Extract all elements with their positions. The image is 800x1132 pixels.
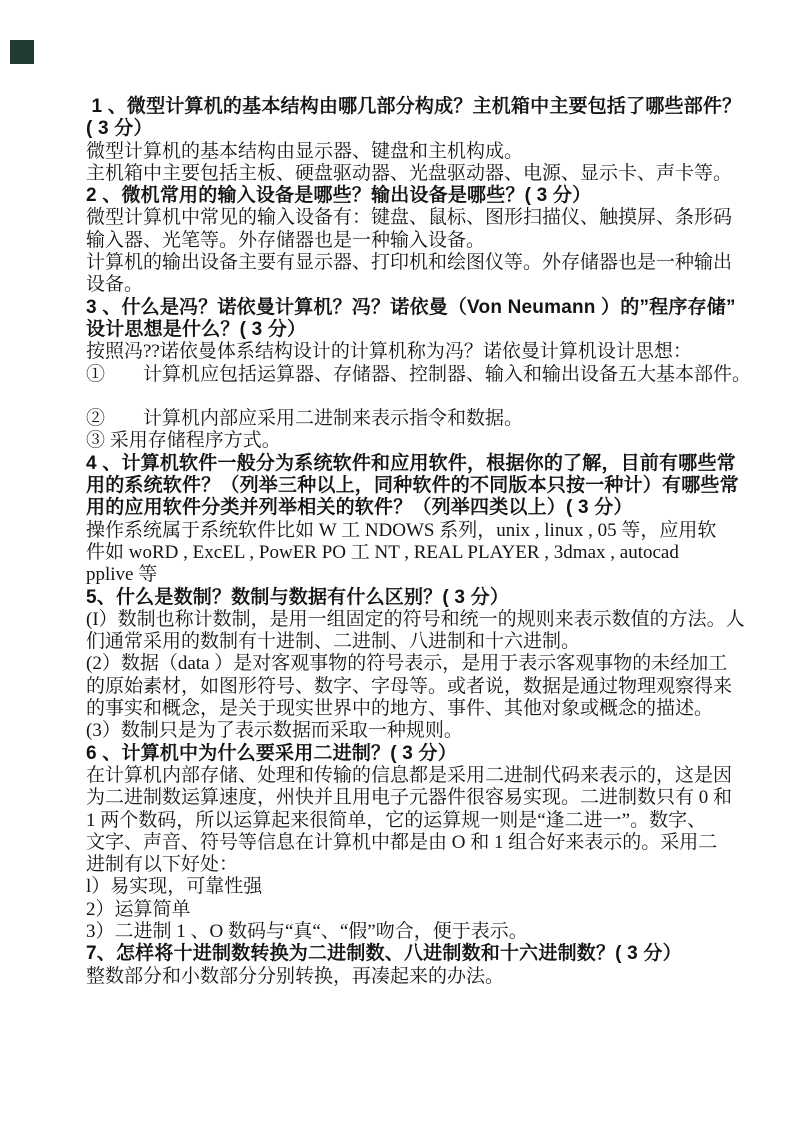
answer-line: 整数部分和小数部分分别转换，再凑起来的办法。 bbox=[86, 966, 754, 988]
question-line: 2 、微机常用的输入设备是哪些？输出设备是哪些？( 3 分） bbox=[86, 185, 754, 207]
answer-line: (I）数制也称计数制，是用一组固定的符号和统一的规则来表示数值的方法。人 bbox=[86, 609, 754, 631]
answer-line: 2）运算简单 bbox=[86, 899, 754, 921]
answer-line: 1 两个数码，所以运算起来很简单，它的运算规一则是“逢二进一”。数字、 bbox=[86, 810, 754, 832]
question-line: 4 、计算机软件一般分为系统软件和应用软件，根据你的了解，目前有哪些常 bbox=[86, 453, 754, 475]
question-line: 设计思想是什么？( 3 分） bbox=[86, 319, 754, 341]
answer-line: ① 计算机应包括运算器、存储器、控制器、输入和输出设备五大基本部件。 bbox=[86, 364, 754, 386]
answer-line: 操作系统属于系统软件比如 W 工 NDOWS 系列，unix , linux ,… bbox=[86, 520, 754, 542]
answer-line: 计算机的输出设备主要有显示器、打印机和绘图仪等。外存储器也是一种输出 bbox=[86, 252, 754, 274]
question-line: 6 、计算机中为什么要采用二进制？( 3 分） bbox=[86, 743, 754, 765]
question-line: 3 、什么是冯？诺依曼计算机？冯？诺依曼（Von Neumann ）的”程序存储… bbox=[86, 297, 754, 319]
answer-line: 输入器、光笔等。外存储器也是一种输入设备。 bbox=[86, 230, 754, 252]
answer-line: 为二进制数运算速度，州快并且用电子元器件很容易实现。二进制数只有 0 和 bbox=[86, 787, 754, 809]
question-line: 7、怎样将十进制数转换为二进制数、八进制数和十六进制数？( 3 分） bbox=[86, 943, 754, 965]
answer-line: ② 计算机内部应采用二进制来表示指令和数据。 bbox=[86, 408, 754, 430]
answer-line bbox=[86, 386, 754, 408]
question-line: 用的应用软件分类并列举相关的软件？（列举四类以上）( 3 分） bbox=[86, 497, 754, 519]
answer-line: 主机箱中主要包括主板、硬盘驱动器、光盘驱动器、电源、显示卡、声卡等。 bbox=[86, 163, 754, 185]
page-corner-mark bbox=[10, 40, 34, 64]
answer-line: 微型计算机中常见的输入设备有：键盘、鼠标、图形扫描仪、触摸屏、条形码 bbox=[86, 207, 754, 229]
answer-line: 在计算机内部存储、处理和传输的信息都是采用二进制代码来表示的，这是因 bbox=[86, 765, 754, 787]
answer-line: ③ 采用存储程序方式。 bbox=[86, 430, 754, 452]
answer-line: 微型计算机的基本结构由显示器、键盘和主机构成。 bbox=[86, 141, 754, 163]
answer-line: 进制有以下好处： bbox=[86, 854, 754, 876]
document-page: 1 、微型计算机的基本结构由哪几部分构成？主机箱中主要包括了哪些部件？( 3 分… bbox=[0, 0, 800, 1132]
answer-line: 件如 woRD , ExcEL , PowER PO 工 NT , REAL P… bbox=[86, 542, 754, 564]
question-line: 用的系统软件？（列举三种以上，同种软件的不同版本只按一种计）有哪些常 bbox=[86, 475, 754, 497]
answer-line: 按照冯??诺依曼体系结构设计的计算机称为冯？诺依曼计算机设计思想： bbox=[86, 341, 754, 363]
answer-line: (3）数制只是为了表示数据而采取一种规则。 bbox=[86, 720, 754, 742]
answer-line: 的原始素材，如图形符号、数字、字母等。或者说，数据是通过物理观察得来 bbox=[86, 676, 754, 698]
answer-line: 们通常采用的数制有十进制、二进制、八进制和十六进制。 bbox=[86, 631, 754, 653]
document-text: 1 、微型计算机的基本结构由哪几部分构成？主机箱中主要包括了哪些部件？( 3 分… bbox=[86, 96, 754, 988]
answer-line: 文字、声音、符号等信息在计算机中都是由 O 和 1 组合好来表示的。采用二 bbox=[86, 832, 754, 854]
answer-line: 设备。 bbox=[86, 274, 754, 296]
answer-line: (2）数据（data ）是对客观事物的符号表示，是用于表示客观事物的未经加工 bbox=[86, 653, 754, 675]
question-line: 5、什么是数制？数制与数据有什么区别？( 3 分） bbox=[86, 587, 754, 609]
question-line: 1 、微型计算机的基本结构由哪几部分构成？主机箱中主要包括了哪些部件？ bbox=[86, 96, 754, 118]
answer-line: 的事实和概念，是关于现实世界中的地方、事件、其他对象或概念的描述。 bbox=[86, 698, 754, 720]
answer-line: pplive 等 bbox=[86, 564, 754, 586]
answer-line: 3）二进制 1 、O 数码与“真“、“假”吻合，便于表示。 bbox=[86, 921, 754, 943]
answer-line: l）易实现，可靠性强 bbox=[86, 876, 754, 898]
question-line: ( 3 分） bbox=[86, 118, 754, 140]
